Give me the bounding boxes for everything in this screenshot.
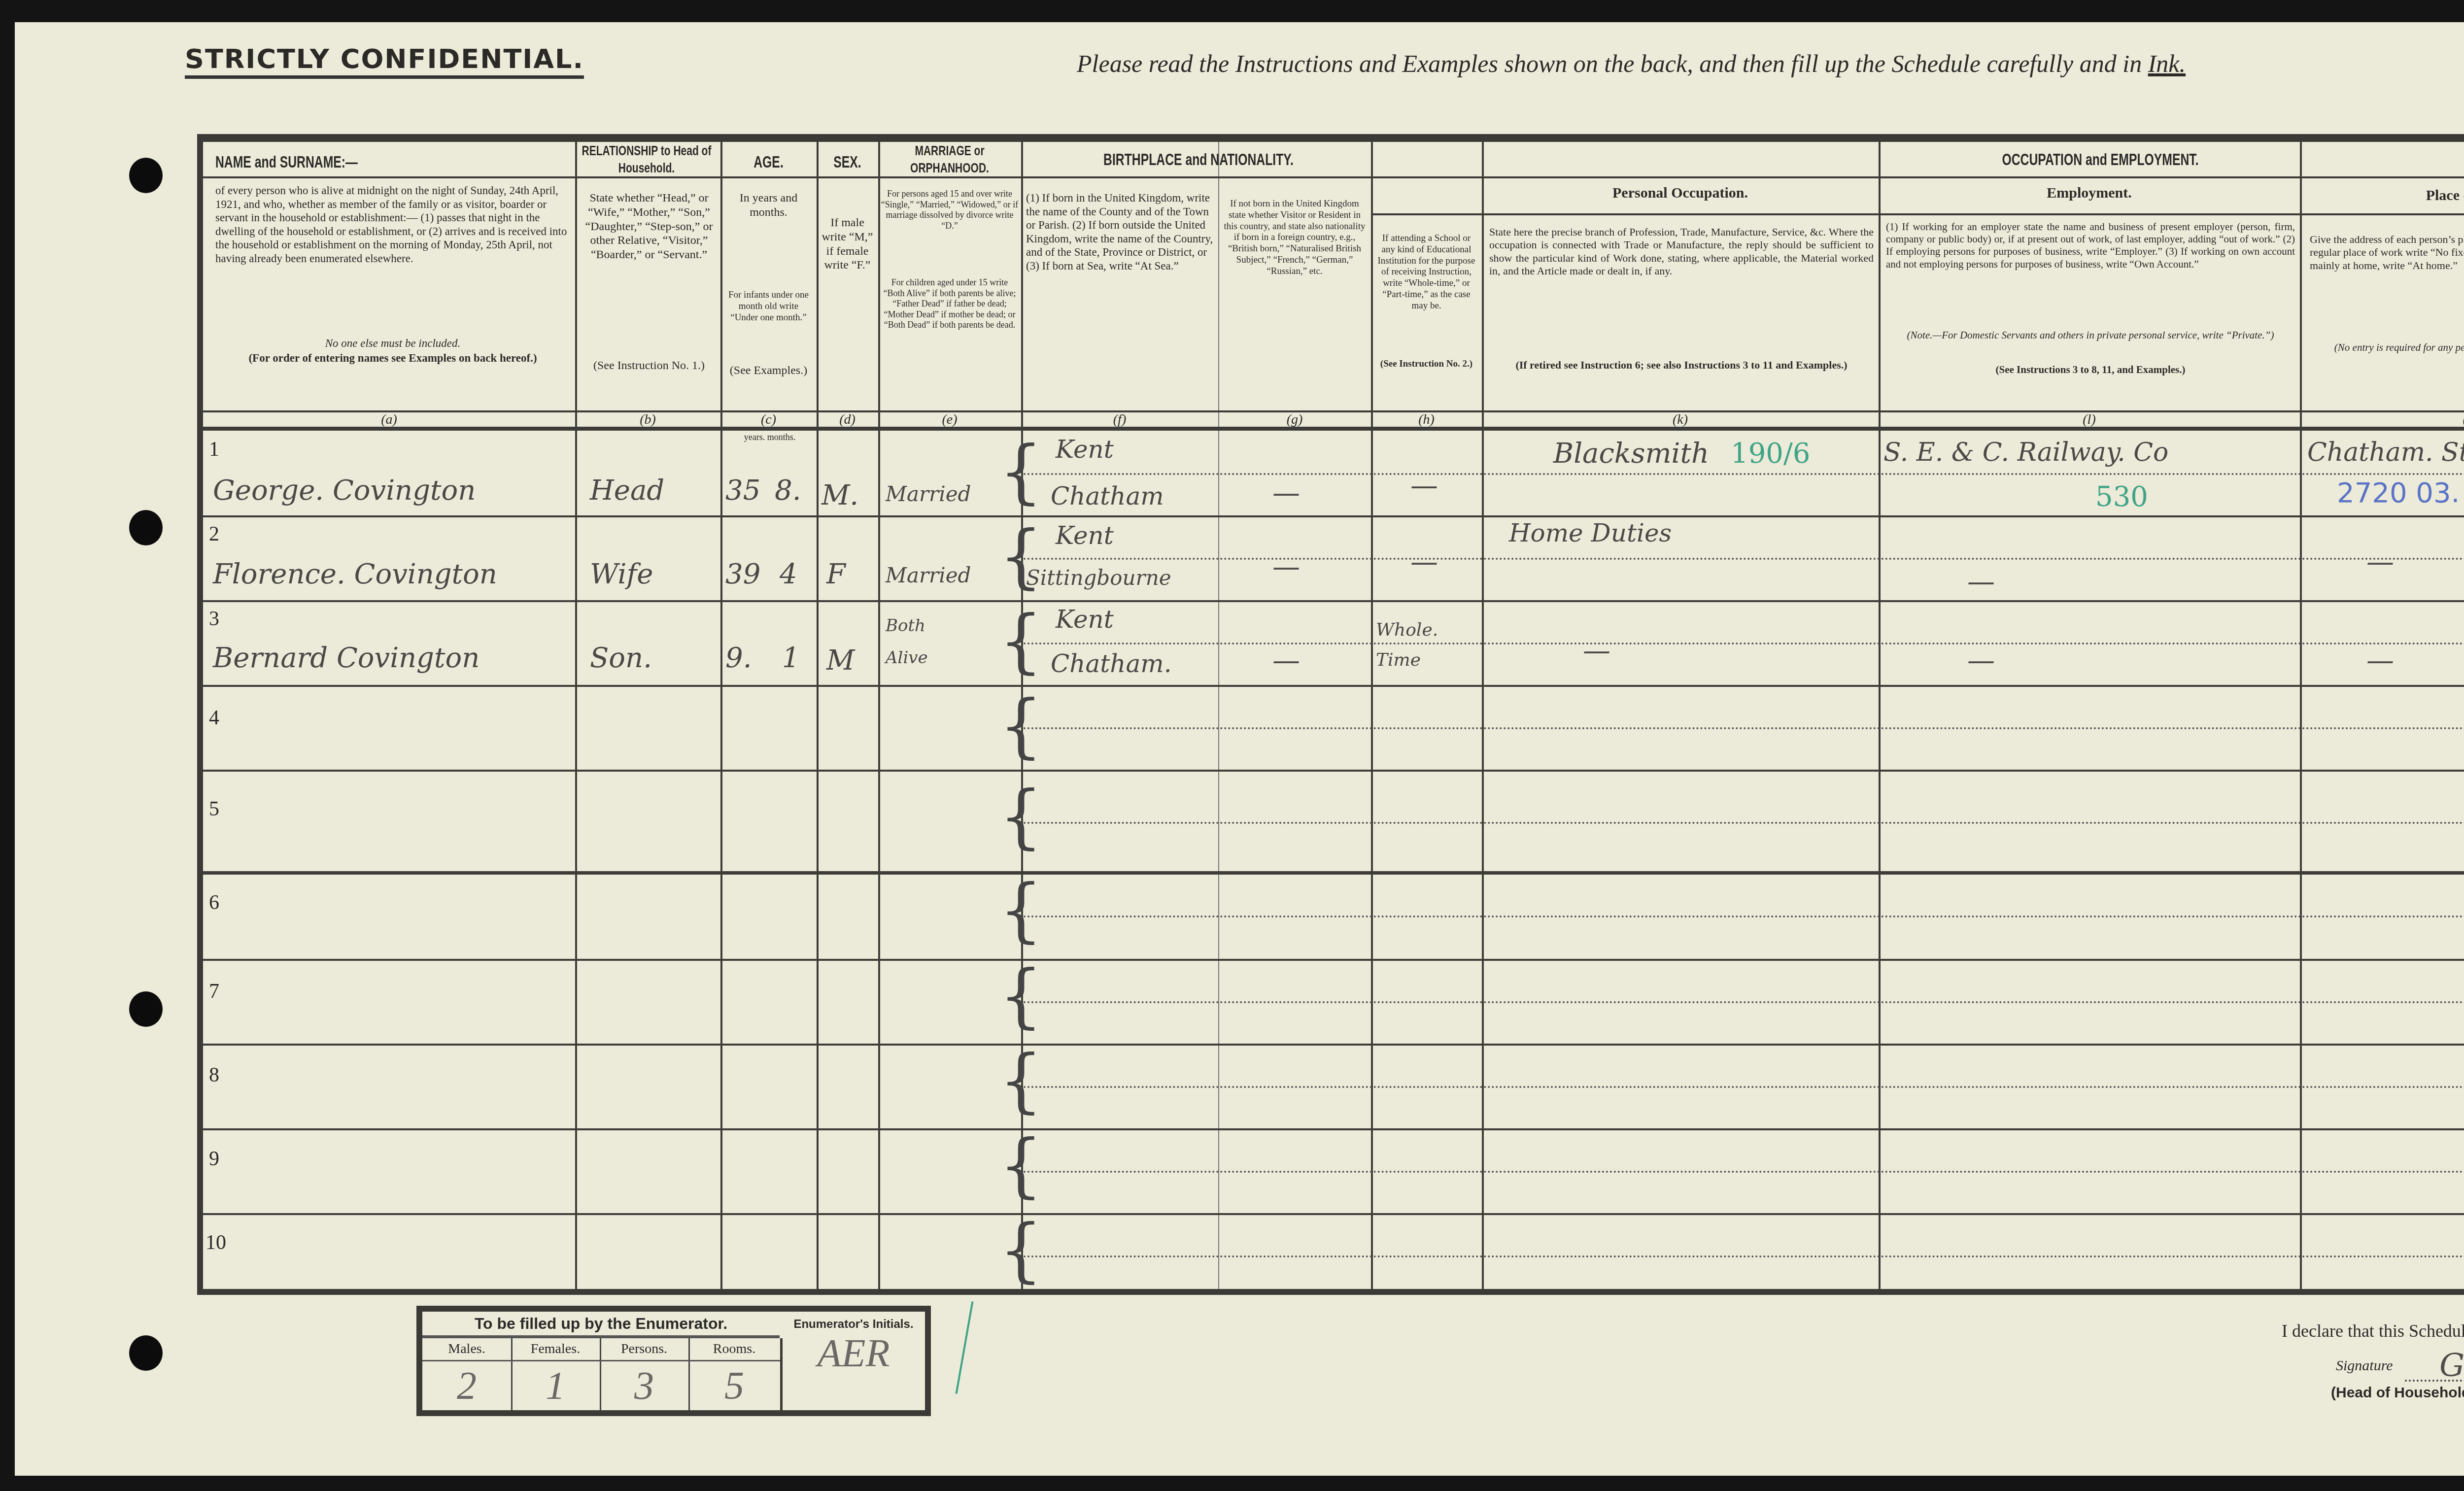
punch-hole (129, 1335, 163, 1371)
row2-occupation[interactable]: Home Duties (1509, 519, 1672, 547)
row3-name[interactable]: Bernard Covington (213, 642, 479, 674)
row3-birth-town[interactable]: Chatham. (1051, 649, 1172, 678)
page-title: STRICTLY CONFIDENTIAL. (185, 43, 584, 79)
row2-birth-county[interactable]: Kent (1056, 521, 1114, 550)
signature-label: Signature (2336, 1357, 2393, 1374)
enumerator-initials[interactable]: AER (782, 1331, 925, 1376)
row1-age-years[interactable]: 35 (725, 474, 760, 507)
row1-age-months[interactable]: 8. (775, 474, 801, 507)
row2-name[interactable]: Florence. Covington (213, 558, 497, 590)
row2-sex[interactable]: F (826, 558, 846, 590)
row1-employer[interactable]: S. E. & C. Railway. Co (1883, 438, 2168, 467)
row2-marriage[interactable]: Married (886, 563, 971, 587)
row3-education[interactable]: Whole. Time (1376, 615, 1450, 675)
row3-age-months[interactable]: 1 (782, 642, 800, 674)
row1-birth-county[interactable]: Kent (1056, 435, 1114, 464)
row3-age-years[interactable]: 9. (725, 642, 752, 674)
row1-occupation-code: 190/6 (1731, 438, 1810, 470)
punch-hole (129, 158, 163, 193)
census-table: NAME and SURNAME:— of every person who i… (197, 134, 2464, 1295)
signature-field[interactable]: G. W. Covington (2439, 1348, 2464, 1384)
row2-age-years[interactable]: 39 (725, 558, 760, 590)
rooms-count[interactable]: 5 (688, 1361, 780, 1411)
row1-name[interactable]: George. Covington (213, 474, 476, 507)
persons-count[interactable]: 3 (600, 1361, 688, 1411)
row1-marriage[interactable]: Married (886, 482, 971, 506)
instruction-line: Please read the Instructions and Example… (1077, 49, 2186, 78)
row2-relationship[interactable]: Wife (590, 558, 653, 590)
row1-occupation[interactable]: Blacksmith (1553, 438, 1709, 470)
signature-caption: (Head of Household, Manager of Establish… (2331, 1385, 2464, 1401)
punch-hole (129, 991, 163, 1027)
row3-marriage[interactable]: Both Alive (886, 610, 964, 674)
punch-hole (129, 510, 163, 545)
declaration-text: I declare that this Schedule is correctl… (2282, 1321, 2464, 1341)
females-count[interactable]: 1 (511, 1361, 600, 1411)
enumerator-summary-box: To be filled up by the Enumerator. Males… (416, 1306, 931, 1416)
row1-place-code: 2720 03. (2337, 477, 2460, 509)
row3-relationship[interactable]: Son. (590, 642, 652, 674)
row1-birth-town[interactable]: Chatham (1051, 482, 1164, 510)
row1-sex[interactable]: M. (821, 479, 858, 511)
row3-sex[interactable]: M (826, 644, 855, 677)
row1-relationship[interactable]: Head (590, 474, 664, 507)
row1-employer-code: 530 (2095, 481, 2148, 513)
row3-birth-county[interactable]: Kent (1056, 605, 1114, 634)
row2-birth-town[interactable]: Sittingbourne (1026, 566, 1171, 590)
row2-age-months[interactable]: 4 (780, 558, 797, 590)
row1-place-of-work[interactable]: Chatham. Station (2307, 438, 2464, 467)
males-count[interactable]: 2 (422, 1361, 511, 1411)
